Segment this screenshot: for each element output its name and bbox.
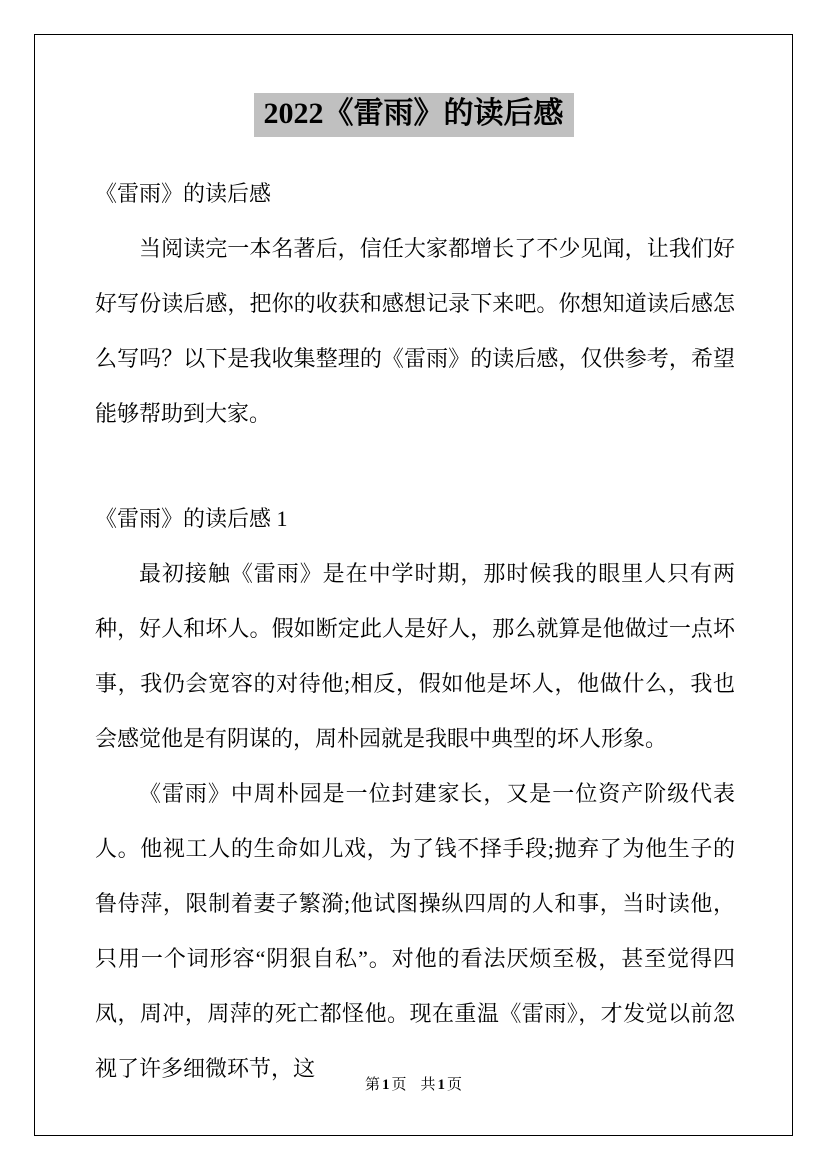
footer-total-suffix: 页 (447, 1077, 462, 1093)
document-page: 2022《雷雨》的读后感 《雷雨》的读后感 当阅读完一本名著后，信任大家都增长了… (0, 0, 827, 1170)
footer-page-prefix: 第 (365, 1077, 380, 1093)
paragraph-subtitle: 《雷雨》的读后感 (95, 166, 735, 221)
footer-total-number: 1 (436, 1077, 448, 1093)
paragraph-body: 最初接触《雷雨》是在中学时期，那时候我的眼里人只有两种，好人和坏人。假如断定此人… (95, 546, 735, 766)
document-body: 《雷雨》的读后感 当阅读完一本名著后，信任大家都增长了不少见闻，让我们好好写份读… (95, 166, 735, 1096)
document-title: 2022《雷雨》的读后感 (0, 93, 827, 137)
footer-total-prefix: 共 (421, 1077, 436, 1093)
section-heading: 《雷雨》的读后感 1 (95, 491, 735, 546)
paragraph-body: 《雷雨》中周朴园是一位封建家长，又是一位资产阶级代表人。他视工人的生命如儿戏，为… (95, 766, 735, 1096)
footer-page-number: 1 (380, 1077, 392, 1093)
paragraph-intro: 当阅读完一本名著后，信任大家都增长了不少见闻，让我们好好写份读后感，把你的收获和… (95, 221, 735, 441)
footer-page-suffix: 页 (391, 1077, 406, 1093)
title-highlight: 2022《雷雨》的读后感 (254, 93, 574, 137)
page-footer: 第1页共1页 (0, 1074, 827, 1096)
